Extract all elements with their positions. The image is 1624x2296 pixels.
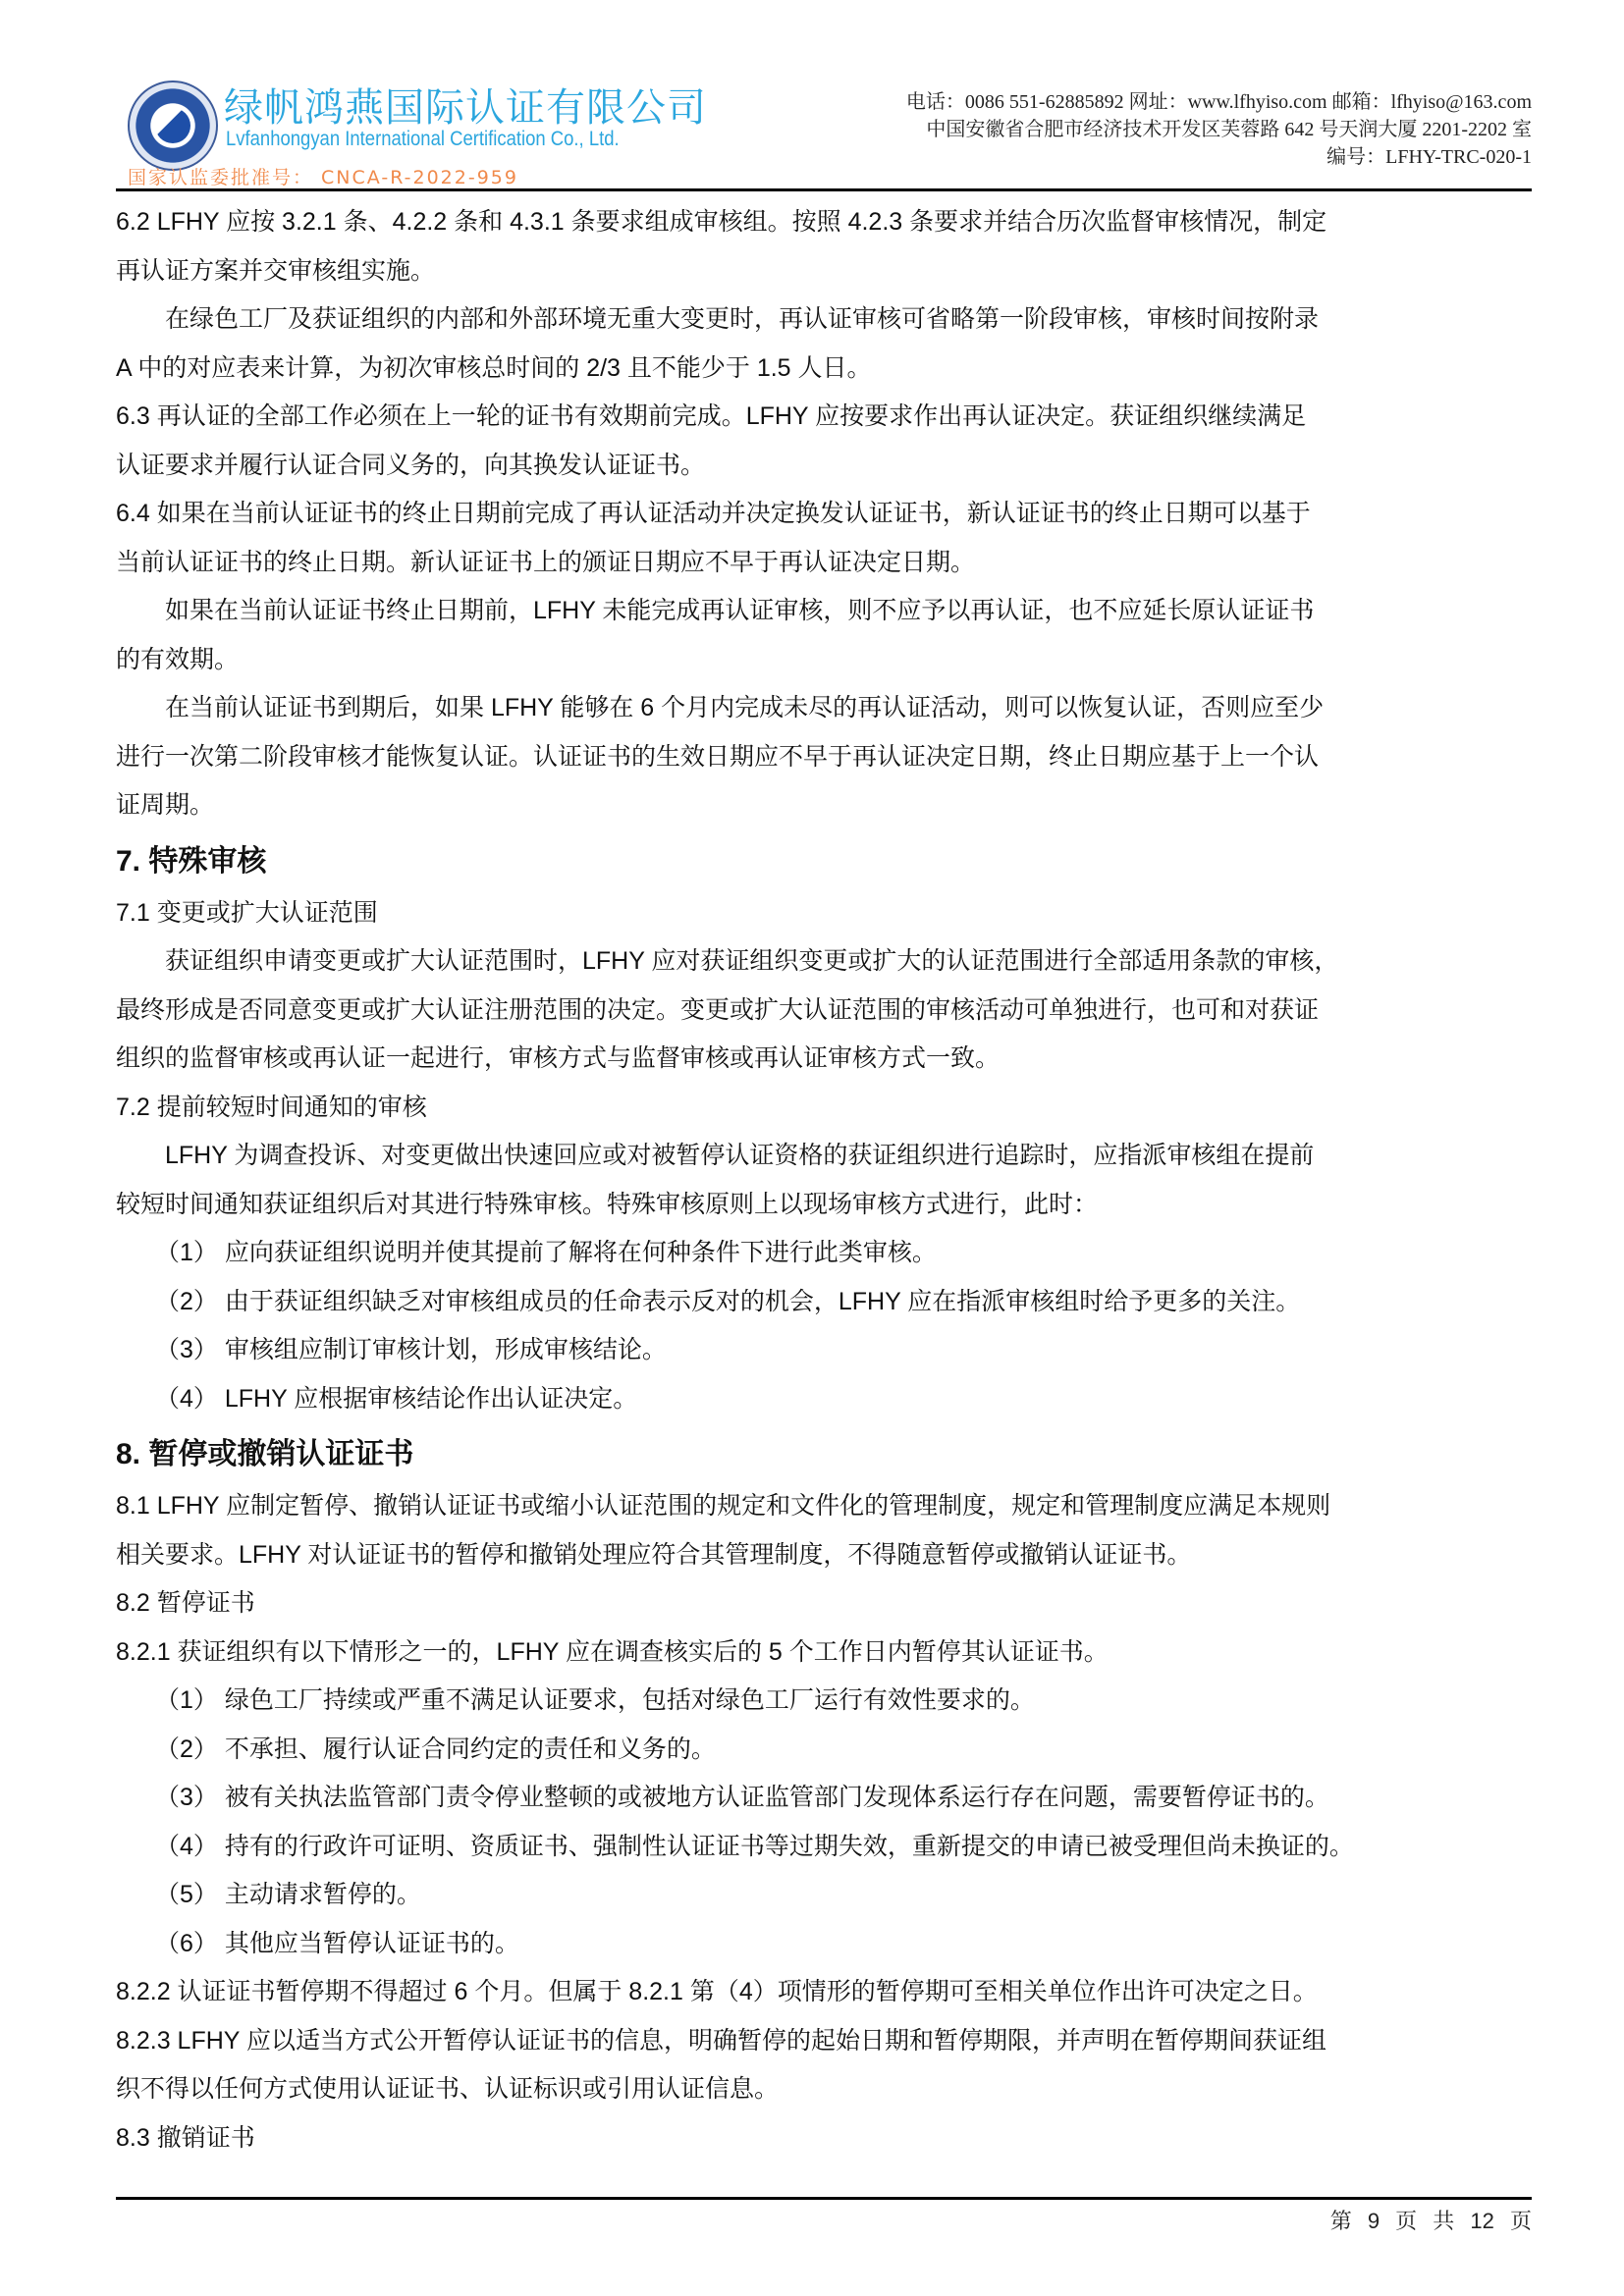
document-number: 编号：LFHY-TRC-020-1 — [906, 143, 1532, 171]
paragraph-line: 在绿色工厂及获证组织的内部和外部环境无重大变更时，再认证审核可省略第一阶段审核，… — [116, 295, 1532, 345]
contact-address: 中国安徽省合肥市经济技术开发区芙蓉路 642 号天润大厦 2201-2202 室 — [906, 116, 1532, 143]
contact-phone-web-email: 电话：0086 551-62885892 网址：www.lfhyiso.com … — [906, 88, 1532, 116]
paragraph-line: 最终形成是否同意变更或扩大认证注册范围的决定。变更或扩大认证范围的审核活动可单独… — [116, 987, 1532, 1036]
paragraph-line: 6.3 再认证的全部工作必须在上一轮的证书有效期前完成。LFHY 应按要求作出再… — [116, 393, 1532, 442]
list-item: （4） LFHY 应根据审核结论作出认证决定。 — [116, 1375, 1532, 1424]
paragraph-line: 相关要求。LFHY 对认证证书的暂停和撤销处理应符合其管理制度，不得随意暂停或撤… — [116, 1531, 1532, 1580]
company-name-en: Lvfanhongyan International Certification… — [226, 128, 620, 151]
paragraph-line: 6.2 LFHY 应按 3.2.1 条、4.2.2 条和 4.3.1 条要求组成… — [116, 198, 1532, 247]
list-item: （3） 审核组应制订审核计划，形成审核结论。 — [116, 1326, 1532, 1375]
paragraph-line: 8.2.1 获证组织有以下情形之一的，LFHY 应在调查核实后的 5 个工作日内… — [116, 1629, 1532, 1678]
paragraph-line: 再认证方案并交审核组实施。 — [116, 247, 1532, 296]
paragraph-line: 织不得以任何方式使用认证证书、认证标识或引用认证信息。 — [116, 2065, 1532, 2114]
list-item: （4） 持有的行政许可证明、资质证书、强制性认证证书等过期失效，重新提交的申请已… — [116, 1823, 1532, 1872]
page-number: 第 9 页 共 12 页 — [1330, 2205, 1532, 2235]
contact-block: 电话：0086 551-62885892 网址：www.lfhyiso.com … — [906, 88, 1532, 171]
list-item: （1） 应向获证组织说明并使其提前了解将在何种条件下进行此类审核。 — [116, 1229, 1532, 1278]
list-item: （3） 被有关执法监管部门责令停业整顿的或被地方认证监管部门发现体系运行存在问题… — [116, 1774, 1532, 1823]
paragraph-line: 获证组织申请变更或扩大认证范围时，LFHY 应对获证组织变更或扩大的认证范围进行… — [116, 937, 1532, 987]
paragraph-line: 7.1 变更或扩大认证范围 — [116, 889, 1532, 938]
paragraph-line: 6.4 如果在当前认证证书的终止日期前完成了再认证活动并决定换发认证证书，新认证… — [116, 490, 1532, 539]
section-heading: 7. 特殊审核 — [116, 834, 1532, 889]
list-item: （5） 主动请求暂停的。 — [116, 1871, 1532, 1920]
approval-number: 国家认监委批准号： CNCA-R-2022-959 — [128, 163, 518, 189]
list-item: （6） 其他应当暂停认证证书的。 — [116, 1920, 1532, 1969]
header-divider — [116, 188, 1532, 191]
paragraph-line: 8.2.2 认证证书暂停期不得超过 6 个月。但属于 8.2.1 第（4）项情形… — [116, 1968, 1532, 2017]
paragraph-line: 进行一次第二阶段审核才能恢复认证。认证证书的生效日期应不早于再认证决定日期，终止… — [116, 733, 1532, 782]
paragraph-line: A 中的对应表来计算，为初次审核总时间的 2/3 且不能少于 1.5 人日。 — [116, 345, 1532, 394]
page-header: 绿帆鸿燕国际认证有限公司 Lvfanhongyan International … — [116, 69, 1532, 190]
paragraph-line: 8.2.3 LFHY 应以适当方式公开暂停认证证书的信息，明确暂停的起始日期和暂… — [116, 2017, 1532, 2066]
paragraph-line: 证周期。 — [116, 781, 1532, 830]
paragraph-line: 8.3 撤销证书 — [116, 2114, 1532, 2163]
list-item: （2） 由于获证组织缺乏对审核组成员的任命表示反对的机会，LFHY 应在指派审核… — [116, 1278, 1532, 1327]
paragraph-line: 如果在当前认证证书终止日期前，LFHY 未能完成再认证审核，则不应予以再认证，也… — [116, 587, 1532, 636]
footer-divider — [116, 2197, 1532, 2200]
paragraph-line: 的有效期。 — [116, 636, 1532, 685]
paragraph-line: 组织的监督审核或再认证一起进行，审核方式与监督审核或再认证审核方式一致。 — [116, 1035, 1532, 1084]
paragraph-line: 当前认证证书的终止日期。新认证证书上的颁证日期应不早于再认证决定日期。 — [116, 539, 1532, 588]
paragraph-line: 7.2 提前较短时间通知的审核 — [116, 1084, 1532, 1133]
document-body: 6.2 LFHY 应按 3.2.1 条、4.2.2 条和 4.3.1 条要求组成… — [116, 198, 1532, 2163]
list-item: （1） 绿色工厂持续或严重不满足认证要求，包括对绿色工厂运行有效性要求的。 — [116, 1677, 1532, 1726]
list-item: （2） 不承担、履行认证合同约定的责任和义务的。 — [116, 1726, 1532, 1775]
paragraph-line: 8.2 暂停证书 — [116, 1579, 1532, 1629]
paragraph-line: 认证要求并履行认证合同义务的，向其换发认证证书。 — [116, 442, 1532, 491]
section-heading: 8. 暂停或撤销认证证书 — [116, 1427, 1532, 1482]
paragraph-line: 8.1 LFHY 应制定暂停、撤销认证证书或缩小认证范围的规定和文件化的管理制度… — [116, 1482, 1532, 1531]
company-logo: 绿帆鸿燕国际认证有限公司 Lvfanhongyan International … — [116, 77, 626, 187]
paragraph-line: LFHY 为调查投诉、对变更做出快速回应或对被暂停认证资格的获证组织进行追踪时，… — [116, 1132, 1532, 1181]
company-seal-icon — [128, 80, 218, 171]
paragraph-line: 较短时间通知获证组织后对其进行特殊审核。特殊审核原则上以现场审核方式进行，此时： — [116, 1181, 1532, 1230]
paragraph-line: 在当前认证证书到期后，如果 LFHY 能够在 6 个月内完成未尽的再认证活动，则… — [116, 684, 1532, 733]
company-name-cn: 绿帆鸿燕国际认证有限公司 — [224, 77, 707, 133]
